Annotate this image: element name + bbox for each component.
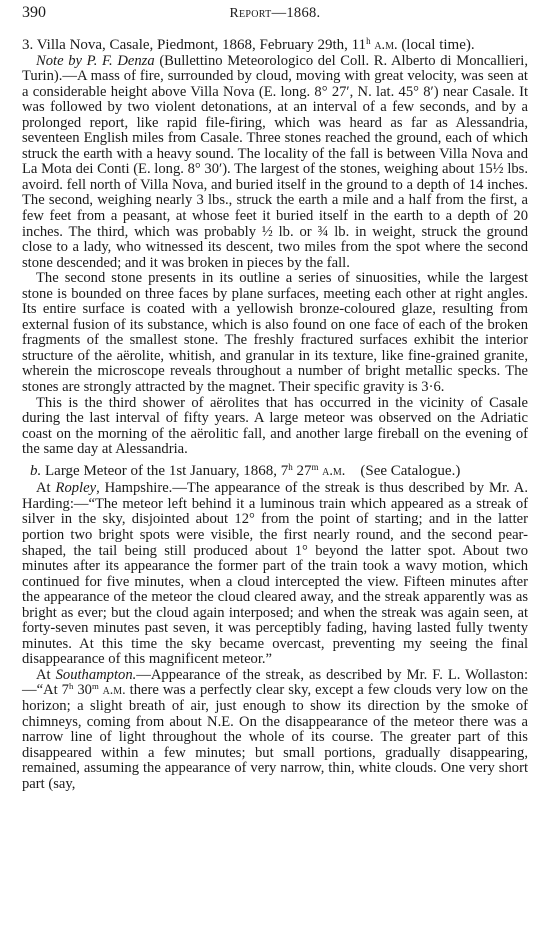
heading-tail: (See Catalogue.) [345,463,460,479]
heading-time: a.m. [319,463,346,479]
document-page: 390 Report—1868. 3. Villa Nova, Casale, … [22,0,528,30]
lead-text: At [36,480,56,496]
heading-text: Large Meteor of the 1st January, 1868, 7 [41,463,288,479]
heading-sup: h [366,36,371,46]
paragraph-southampton: At Southampton.—Appearance of the streak… [22,668,528,792]
heading-label: b. [30,463,41,479]
time-suffix: a.m. [99,683,126,698]
body-text: 3. Villa Nova, Casale, Piedmont, 1868, F… [22,38,528,792]
paragraph-ropley: At Ropley, Hampshire.—The appearance of … [22,481,528,668]
running-head: 390 Report—1868. [22,0,528,30]
paragraph-text: (Bullettino Meteorologico del Coll. R. A… [22,53,528,271]
lead-text: At [36,667,56,683]
paragraph-text-b: there was a perfectly clear sky, except … [22,682,528,791]
heading-time: a.m. [374,37,397,53]
italic-attribution: Note by P. F. Denza [36,53,155,69]
section-heading-large-meteor: b. Large Meteor of the 1st January, 1868… [22,464,528,480]
heading-text: 3. Villa Nova, Casale, Piedmont, 1868, F… [22,37,366,53]
running-title: Report—1868. [22,5,528,22]
italic-place: Southampton. [56,667,137,683]
italic-place: Ropley [56,480,97,496]
sup-m: m [92,682,99,692]
section-heading-villa-nova: 3. Villa Nova, Casale, Piedmont, 1868, F… [22,38,528,54]
heading-tail: (local time). [398,37,475,53]
paragraph-third-shower: This is the third shower of aërolites th… [22,396,528,458]
running-title-text: Report [230,5,272,20]
heading-sup-m: m [312,462,319,472]
paragraph-denza-note: Note by P. F. Denza (Bullettino Meteorol… [22,54,528,272]
running-title-year: —1868. [272,5,321,21]
paragraph-stone-description: The second stone presents in its outline… [22,271,528,395]
paragraph-text: , Hampshire.—The appearance of the strea… [22,480,528,667]
heading-minutes: 27 [293,463,312,479]
minutes: 30 [73,682,92,698]
